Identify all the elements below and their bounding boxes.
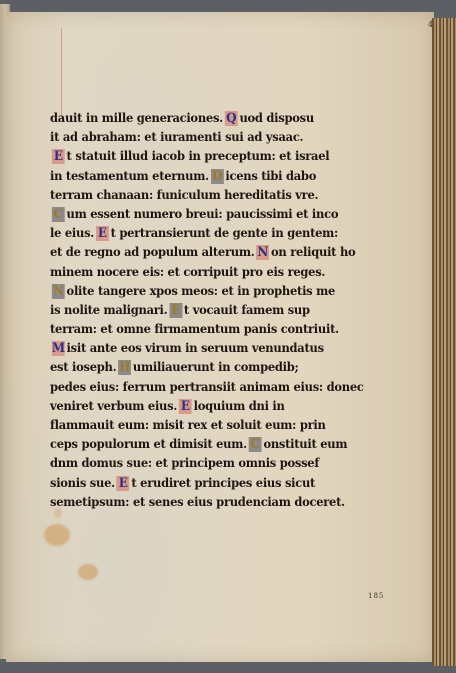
- text-line: le eius.Et pertransierunt de gente in ge…: [50, 223, 280, 242]
- text-line: it ad abraham: et iuramenti sui ad ysaac…: [50, 127, 280, 146]
- text-line: terram: et omne firmamentum panis contri…: [50, 319, 280, 338]
- text-line: flammauit eum: misit rex et soluit eum: …: [50, 415, 280, 434]
- initial-letter: M: [52, 341, 65, 356]
- text-line: Cum essent numero breui: paucissimi et i…: [50, 204, 280, 223]
- text-line: Nolite tangere xpos meos: et in propheti…: [50, 281, 280, 300]
- initial-letter: N: [256, 245, 269, 260]
- text-line: est ioseph.Humiliauerunt in compedib;: [50, 357, 280, 376]
- initial-letter: Q: [225, 111, 238, 126]
- initial-letter: E: [179, 399, 192, 414]
- text-line: dauit in mille generaciones.Quod disposu: [50, 108, 280, 127]
- text-line: et de regno ad populum alterum.Non reliq…: [50, 242, 280, 261]
- corner-mark: 4: [428, 20, 433, 29]
- stain-mark: [44, 524, 70, 546]
- text-line: terram chanaan: funiculum hereditatis vr…: [50, 185, 280, 204]
- initial-letter: H: [118, 360, 131, 375]
- initial-letter: E: [117, 476, 130, 491]
- initial-letter: D: [211, 169, 224, 184]
- initial-letter: C: [52, 207, 65, 222]
- text-line: is nolite malignari.Et vocauit famem sup: [50, 300, 280, 319]
- text-line: semetipsum: et senes eius prudenciam doc…: [50, 492, 280, 511]
- text-line: minem nocere eis: et corripuit pro eis r…: [50, 262, 280, 281]
- initial-letter: E: [96, 226, 109, 241]
- text-line: ceps populorum et dimisit eum.Constituit…: [50, 434, 280, 453]
- manuscript-scene: 4 dauit in mille generaciones.Quod dispo…: [0, 0, 456, 673]
- initial-letter: E: [169, 303, 182, 318]
- text-line: pedes eius: ferrum pertransiit animam ei…: [50, 377, 280, 396]
- text-line: in testamentum eternum.Dicens tibi dabo: [50, 166, 280, 185]
- initial-letter: E: [52, 149, 65, 164]
- text-line: dnm domus sue: et principem omnis possef: [50, 453, 280, 472]
- text-column: dauit in mille generaciones.Quod disposu…: [50, 108, 300, 511]
- initial-letter: N: [52, 284, 65, 299]
- folio-number: 185: [368, 592, 384, 600]
- text-line: sionis sue.Et erudiret principes eius si…: [50, 473, 280, 492]
- initial-letter: C: [249, 437, 262, 452]
- text-line: Misit ante eos virum in seruum venundatu…: [50, 338, 280, 357]
- text-line: veniret verbum eius.Eloquium dni in: [50, 396, 280, 415]
- margin-ruling-line: [61, 28, 62, 118]
- page-edges: [432, 18, 456, 666]
- stain-mark: [78, 564, 98, 580]
- text-line: Et statuit illud iacob in preceptum: et …: [50, 146, 280, 165]
